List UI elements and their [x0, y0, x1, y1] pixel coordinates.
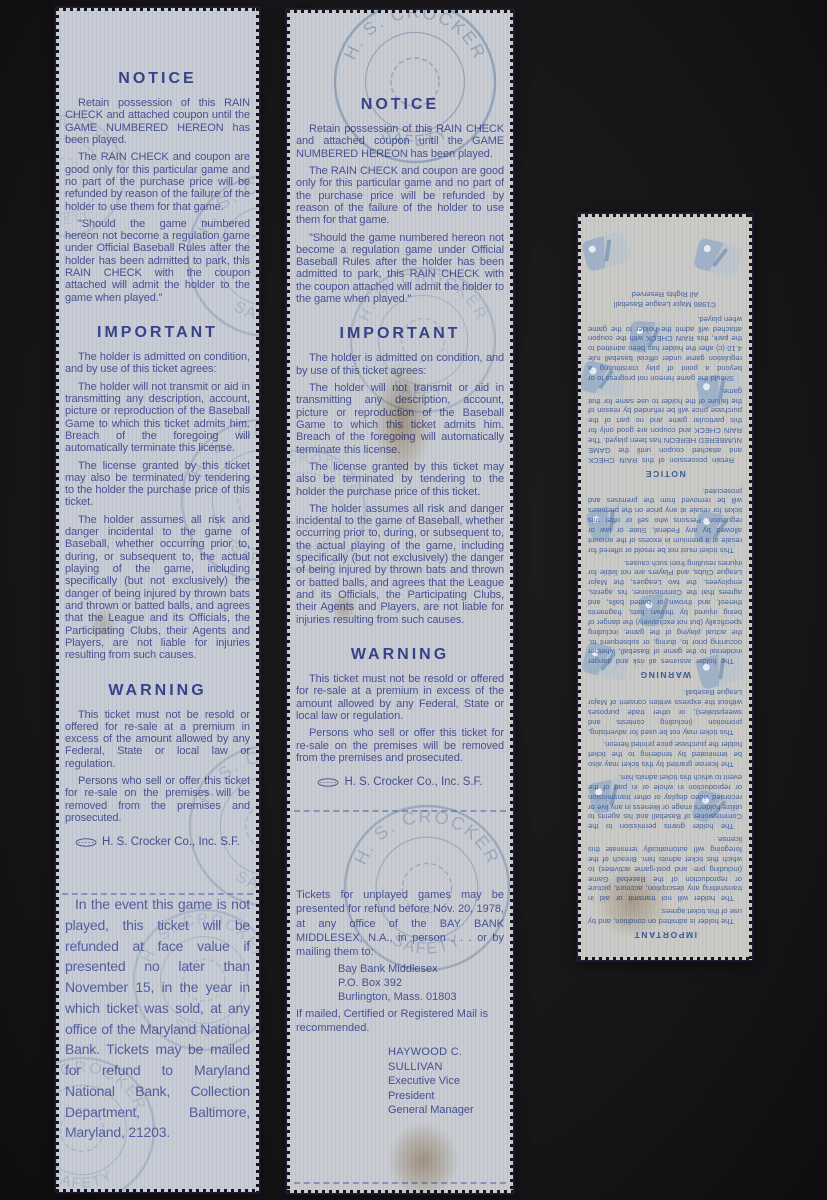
copyright-line: All Rights Reserved — [588, 288, 742, 298]
printer-name: H. S. Crocker Co., Inc. S.F. — [102, 836, 240, 848]
perforated-edge — [578, 214, 752, 217]
perforated-edge — [287, 10, 513, 13]
perforated-edge — [287, 1190, 513, 1193]
refund-address-line: P.O. Box 392 — [338, 976, 504, 990]
refund-paragraph: Tickets for unplayed games may be presen… — [296, 888, 504, 959]
mlb-copyright: ©1986 Major League Baseball All Rights R… — [588, 288, 742, 309]
important-paragraph: The license granted by this ticket may a… — [65, 460, 250, 509]
notice-heading: NOTICE — [296, 96, 504, 114]
perforation-line — [294, 810, 506, 812]
important-paragraph: The holder is admitted on condition, and… — [65, 351, 250, 376]
warning-paragraph: Persons who sell or offer this ticket fo… — [296, 727, 504, 764]
certified-mail-note: If mailed, Certified or Registered Mail … — [296, 1007, 504, 1036]
warning-paragraph: The holder assumes all risk and danger i… — [588, 558, 742, 666]
stain-mark — [387, 1122, 459, 1193]
printer-credit-line: H. S. Crocker Co., Inc. S.F. — [296, 776, 504, 788]
notice-paragraph: The RAIN CHECK and coupon are good only … — [65, 151, 250, 213]
spacer — [296, 10, 504, 76]
union-bug-icon — [317, 778, 339, 787]
union-bug-icon — [75, 838, 97, 847]
important-paragraph: The holder grants permission to the Comm… — [588, 772, 742, 831]
stain-mark — [596, 866, 668, 938]
signature-title: General Manager — [388, 1103, 504, 1118]
refund-address-line: Burlington, Mass. 01803 — [338, 990, 504, 1004]
warning-heading: WARNING — [588, 670, 742, 680]
perforated-edge — [578, 214, 581, 960]
notice-paragraph: Retain possession of this RAIN CHECK and… — [296, 123, 504, 160]
notice-paragraph: "Should the game numbered hereon not bec… — [65, 218, 250, 304]
notice-paragraph: "Should the game numbered hereon not bec… — [296, 232, 504, 306]
important-heading: IMPORTANT — [65, 324, 250, 342]
perforated-edge — [256, 8, 259, 1192]
notice-paragraph: Should the game hereon not progress to o… — [588, 314, 742, 383]
stain-mark — [373, 362, 431, 480]
middle-ticket-back: H. S. CROCKERSAFETYH. S. CROCKERSAFETYH.… — [287, 10, 513, 1193]
perforation-line — [62, 893, 253, 895]
perforated-edge — [56, 8, 259, 11]
perforated-edge — [56, 1189, 259, 1192]
notice-heading: NOTICE — [65, 70, 250, 88]
perforated-edge — [510, 10, 513, 1193]
photo-of-ticket-backs: H. S. CROCKERSAFETYH. S. CROCKERSAFETYH.… — [0, 0, 827, 1200]
stain-mark — [331, 593, 357, 623]
important-paragraph: The holder assumes all risk and danger i… — [65, 514, 250, 662]
warning-heading: WARNING — [296, 646, 504, 664]
left-ticket-content: NOTICE Retain possession of this RAIN CH… — [56, 8, 259, 1143]
signature-title: Executive Vice President — [388, 1074, 504, 1103]
warning-paragraph: This ticket must not be resold or offere… — [296, 673, 504, 722]
refund-address-line: Bay Bank Middlesex — [338, 962, 504, 976]
copyright-line: ©1986 Major League Baseball — [588, 299, 742, 309]
important-paragraph: This ticket may not be used for advertis… — [588, 687, 742, 736]
perforated-edge — [578, 957, 752, 960]
warning-paragraph: Persons who sell or offer this ticket fo… — [65, 775, 250, 824]
important-heading: IMPORTANT — [296, 325, 504, 343]
printer-name: H. S. Crocker Co., Inc. S.F. — [344, 776, 482, 788]
warning-heading: WARNING — [65, 682, 250, 700]
right-ticket-back-upside-down: IMPORTANT The holder is admitted on cond… — [578, 214, 752, 960]
left-ticket-back: H. S. CROCKERSAFETYH. S. CROCKERSAFETYH.… — [56, 8, 259, 1192]
bay-bank-refund-block: Tickets for unplayed games may be presen… — [296, 888, 504, 1118]
perforated-edge — [287, 10, 290, 1193]
important-paragraph: The license granted by this ticket may a… — [588, 740, 742, 770]
notice-paragraph: Retain possession of this RAIN CHECK and… — [65, 97, 250, 146]
perforated-edge — [56, 8, 59, 1192]
important-paragraph: The holder assumes all risk and danger i… — [296, 503, 504, 626]
notice-paragraph: The RAIN CHECK and coupon are good only … — [296, 165, 504, 227]
warning-paragraph: This ticket must not be resold or offere… — [65, 709, 250, 771]
printer-credit-line: H. S. Crocker Co., Inc. S.F. — [65, 836, 250, 848]
right-ticket-content: IMPORTANT The holder is admitted on cond… — [578, 214, 752, 960]
notice-heading: NOTICE — [588, 469, 742, 479]
warning-paragraph: This ticket must not be resold or offere… — [588, 486, 742, 555]
signature-name: HAYWOOD C. SULLIVAN — [388, 1045, 504, 1074]
notice-paragraph: Retain possession of this RAIN CHECK and… — [588, 386, 742, 465]
signature-block: HAYWOOD C. SULLIVAN Executive Vice Presi… — [388, 1045, 504, 1118]
perforated-edge — [749, 214, 752, 960]
middle-ticket-content: NOTICE Retain possession of this RAIN CH… — [287, 10, 513, 1118]
maryland-refund-text: In the event this game is not played, th… — [65, 894, 250, 1143]
stain-mark — [88, 606, 118, 642]
spacer — [65, 8, 250, 50]
important-paragraph: The holder will not transmit or aid in t… — [65, 381, 250, 455]
